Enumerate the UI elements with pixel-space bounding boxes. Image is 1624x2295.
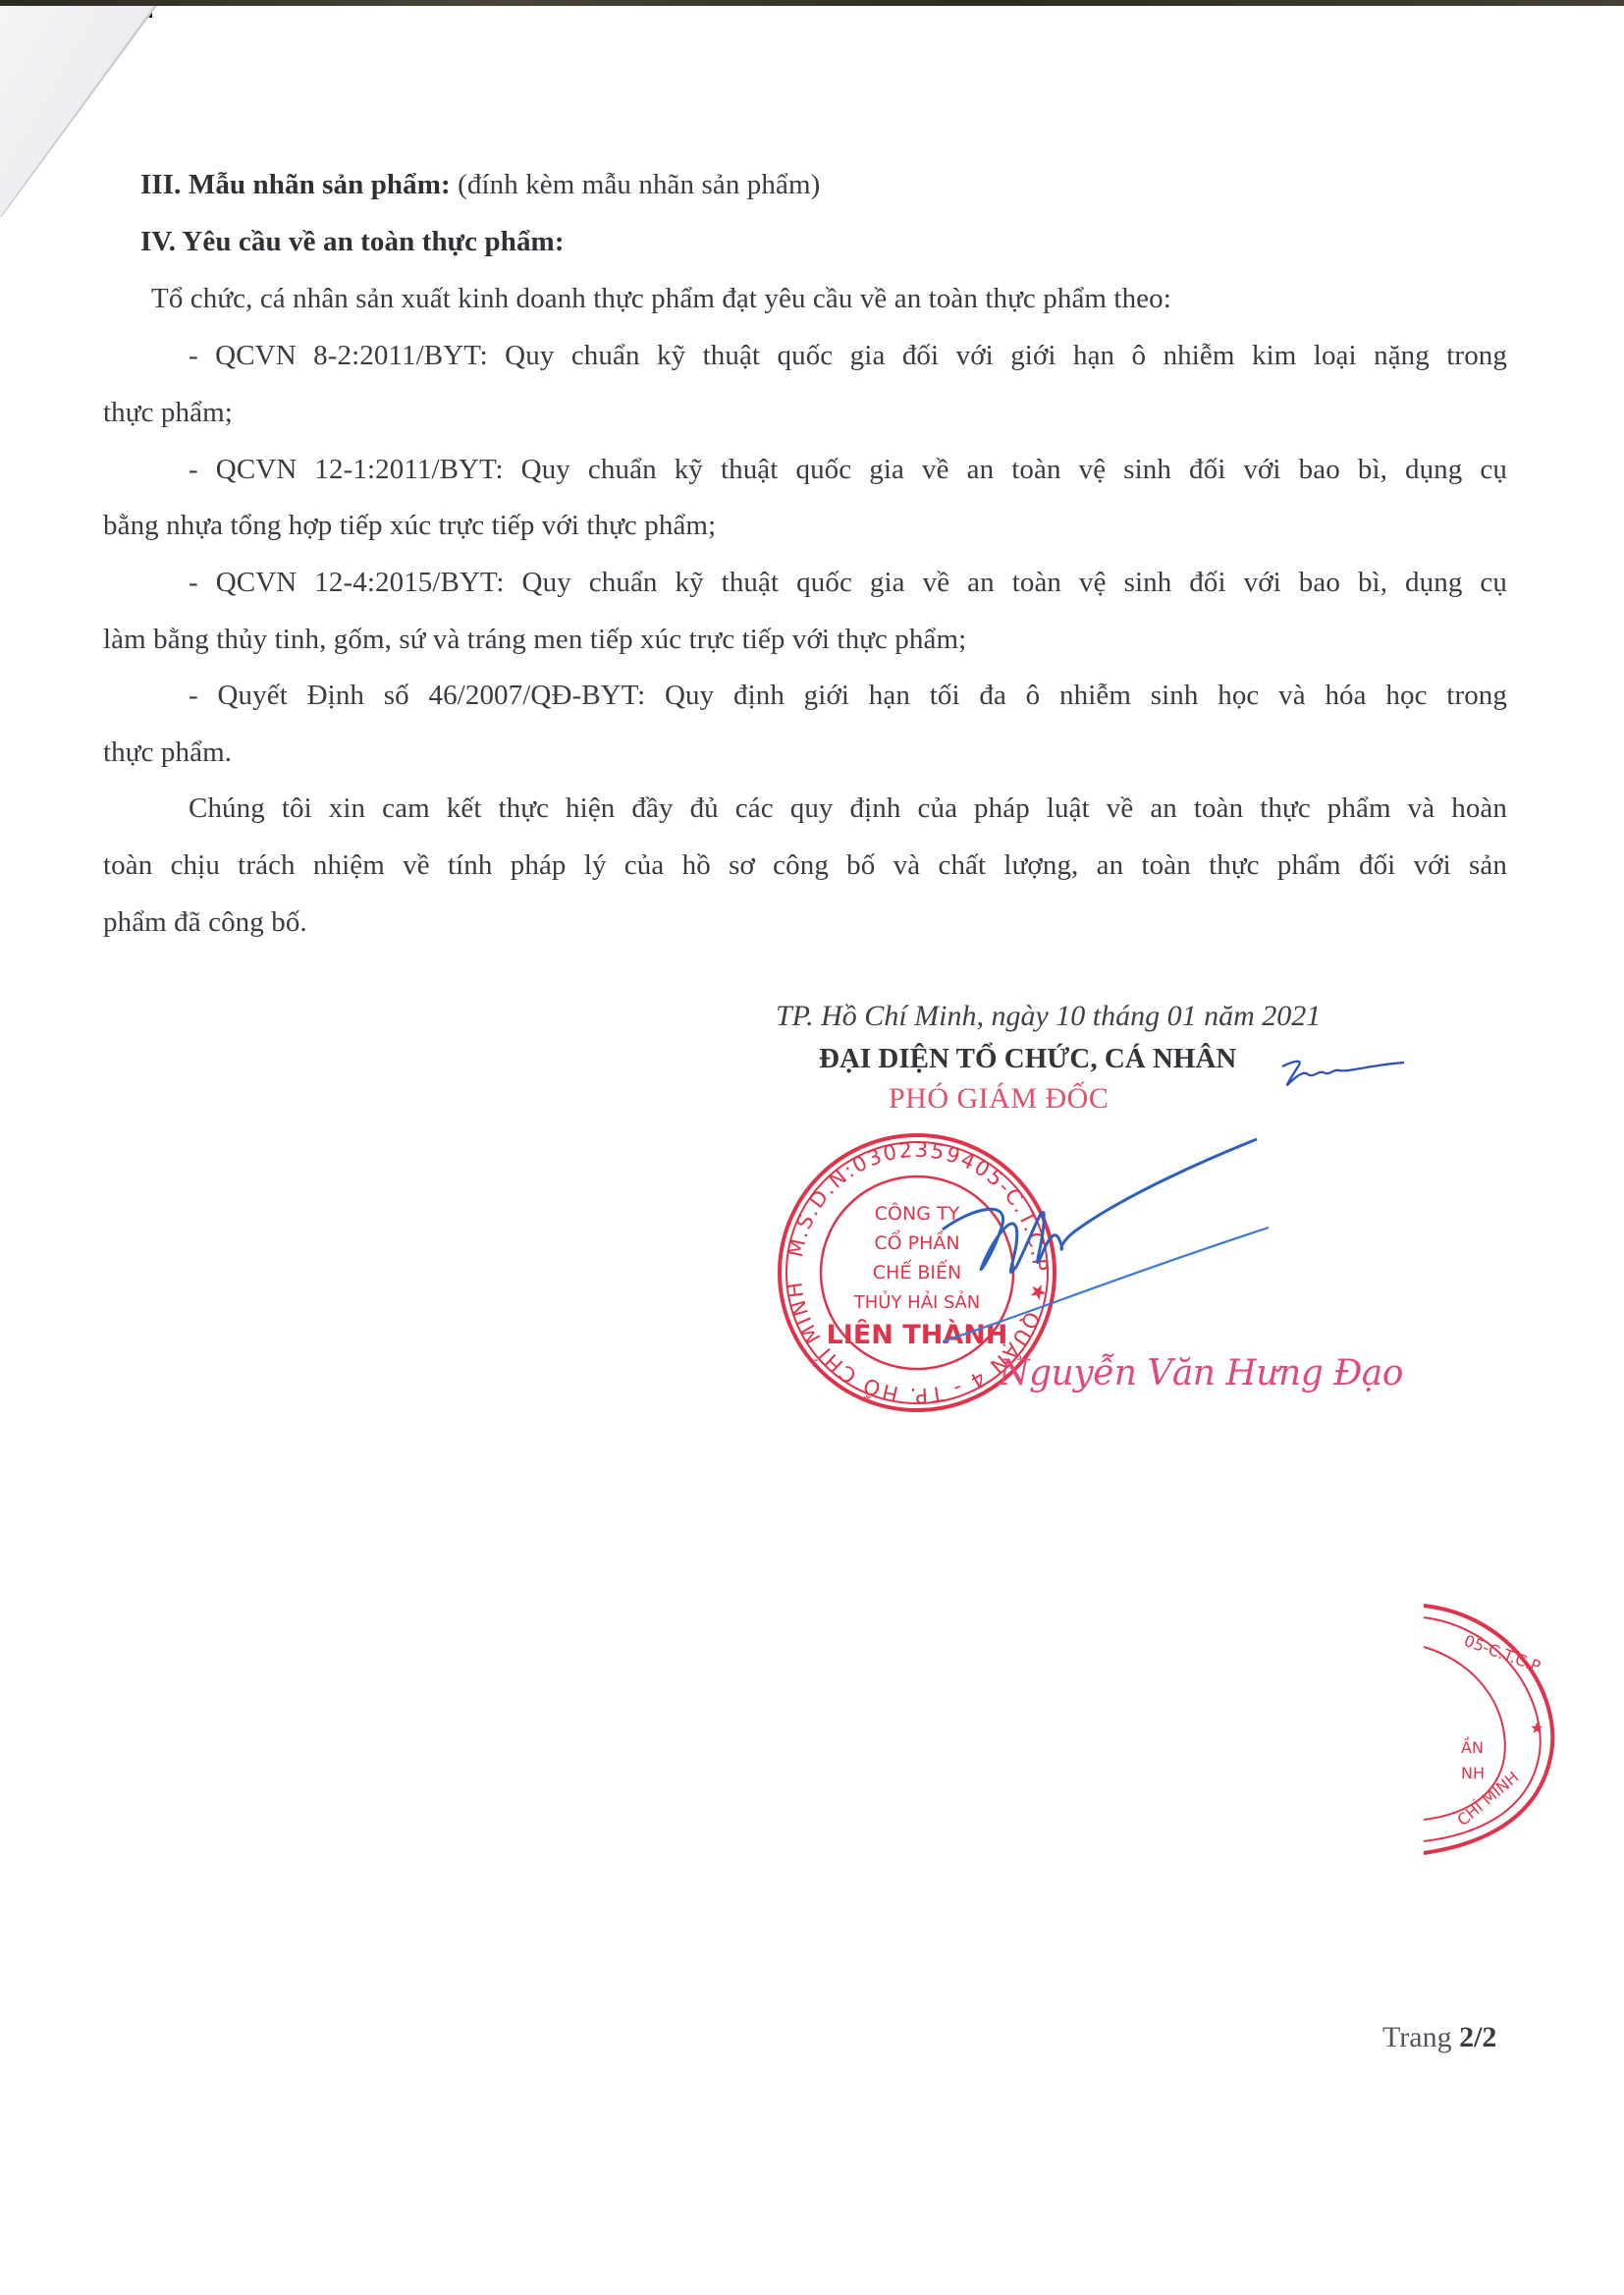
section-iv-label: IV. Yêu cầu về an toàn thực phẩm: [140, 226, 565, 258]
commitment-line1: Chúng tôi xin cam kết thực hiện đầy đủ c… [189, 792, 1507, 825]
page-number: Trang 2/2 [1382, 2021, 1496, 2054]
requirement-4-line2: thực phẩm. [103, 737, 232, 769]
handwritten-signature [884, 1120, 1276, 1365]
intro-paragraph: Tổ chức, cá nhân sản xuất kinh doanh thự… [151, 283, 1171, 315]
commitment-line3: phẩm đã công bố. [103, 906, 307, 939]
requirement-3-line2: làm bằng thủy tinh, gốm, sứ và tráng men… [103, 624, 966, 656]
place-date: TP. Hồ Chí Minh, ngày 10 tháng 01 năm 20… [776, 1000, 1321, 1033]
requirement-4-line1: - Quyết Định số 46/2007/QĐ-BYT: Quy định… [189, 680, 1507, 712]
signer-name: Nguyễn Văn Hưng Đạo [999, 1353, 1403, 1393]
requirement-1-line2: thực phẩm; [103, 397, 233, 429]
signature-title: ĐẠI DIỆN TỔ CHỨC, CÁ NHÂN [819, 1043, 1236, 1075]
signature-role: PHÓ GIÁM ĐỐC [889, 1082, 1109, 1116]
requirement-1-line1: - QCVN 8-2:2011/BYT: Quy chuẩn kỹ thuật … [189, 340, 1507, 372]
requirement-3-line1: - QCVN 12-4:2015/BYT: Quy chuẩn kỹ thuật… [189, 567, 1507, 599]
partial-seal: 05-C.T.C.P ★ ẦN NH CHÍ MINH [1394, 1586, 1591, 1861]
section-iii-note: (đính kèm mẫu nhãn sản phẩm) [458, 169, 820, 200]
initial-signature [1274, 1049, 1412, 1098]
requirement-2-line2: bằng nhựa tổng hợp tiếp xúc trực tiếp vớ… [103, 510, 716, 542]
section-iii-label: III. Mẫu nhãn sản phẩm: [140, 169, 451, 200]
commitment-line2: toàn chịu trách nhiệm về tính pháp lý củ… [103, 849, 1507, 882]
page-value: 2/2 [1459, 2021, 1496, 2053]
svg-text:NH: NH [1461, 1764, 1485, 1782]
svg-text:★: ★ [1530, 1719, 1543, 1737]
svg-text:ẦN: ẦN [1461, 1736, 1484, 1757]
scan-top-edge [0, 0, 1624, 6]
section-iii: III. Mẫu nhãn sản phẩm: (đính kèm mẫu nh… [140, 169, 820, 201]
requirement-2-line1: - QCVN 12-1:2011/BYT: Quy chuẩn kỹ thuật… [189, 454, 1507, 486]
page-label: Trang [1382, 2021, 1452, 2053]
